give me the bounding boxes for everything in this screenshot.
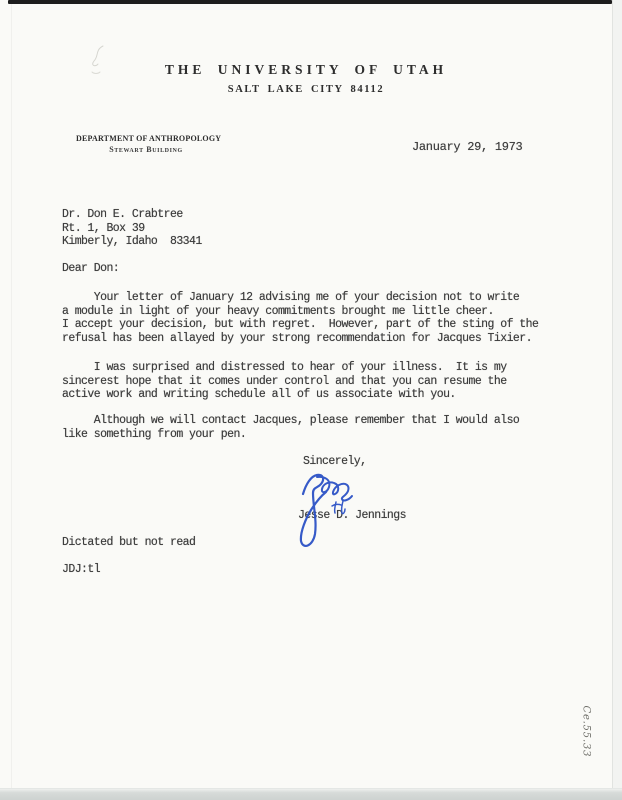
- recipient-address: Dr. Don E. Crabtree Rt. 1, Box 39 Kimber…: [62, 208, 202, 249]
- paragraph-2: I was surprised and distressed to hear o…: [62, 361, 507, 402]
- department-name: DEPARTMENT OF ANTHROPOLOGY: [76, 134, 216, 143]
- signature-ink-icon: [295, 468, 425, 558]
- paragraph-1: Your letter of January 12 advising me of…: [62, 291, 538, 345]
- letterhead-department-block: DEPARTMENT OF ANTHROPOLOGY Stewart Build…: [76, 134, 216, 154]
- scan-edge-bottom: [0, 788, 622, 800]
- letter-date: January 29, 1973: [412, 141, 522, 155]
- letterhead-university-name: THE UNIVERSITY OF UTAH: [0, 62, 612, 78]
- scan-edge-right: [612, 0, 622, 800]
- scan-edge-left: [11, 4, 12, 788]
- scanned-letter-page: THE UNIVERSITY OF UTAH SALT LAKE CITY 84…: [0, 0, 622, 800]
- dictation-notation: Dictated but not read: [62, 536, 195, 550]
- scan-edge-top: [8, 0, 612, 4]
- salutation: Dear Don:: [62, 262, 119, 276]
- paragraph-3: Although we will contact Jacques, please…: [62, 414, 519, 441]
- valediction: Sincerely,: [303, 455, 367, 469]
- catalog-number-annotation: Ce.55.33: [581, 706, 592, 754]
- letterhead-city-zip: SALT LAKE CITY 84112: [0, 84, 612, 95]
- building-name: Stewart Building: [76, 145, 216, 154]
- reference-initials: JDJ:tl: [62, 563, 100, 577]
